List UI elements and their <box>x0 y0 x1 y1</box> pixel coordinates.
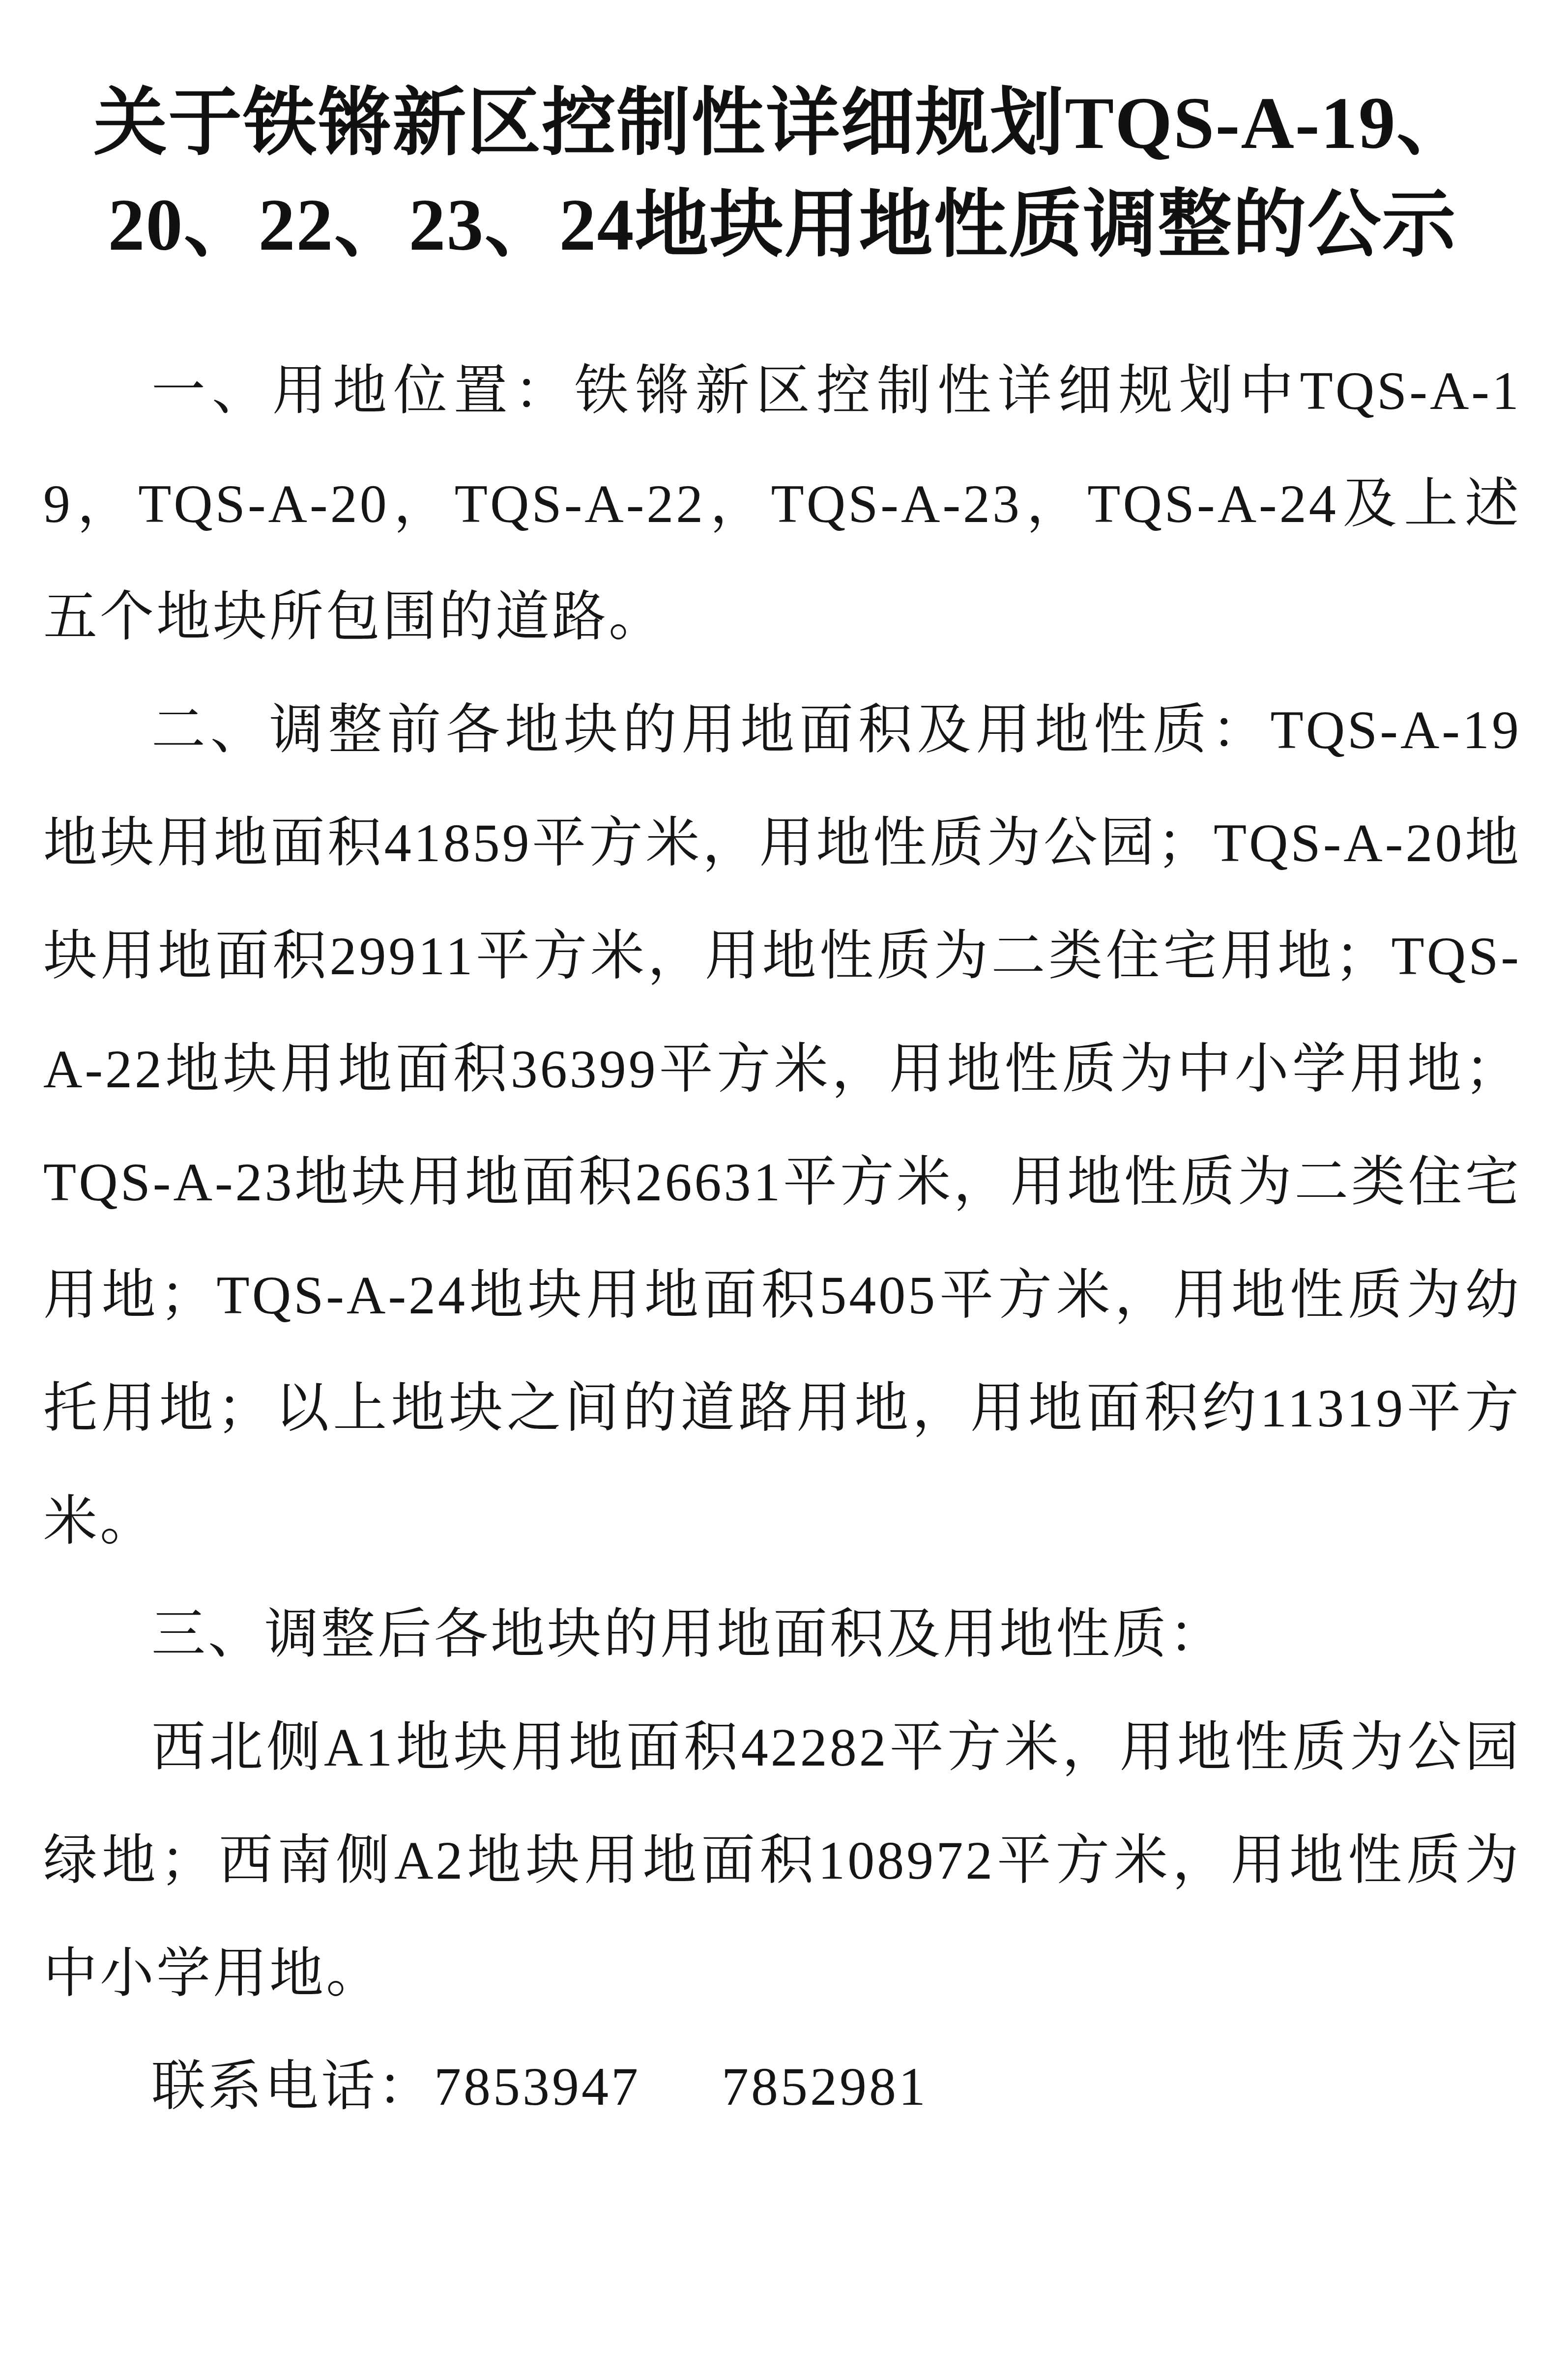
notice-page: 关于铁锵新区控制性详细规划TQS-A-19、 20、22、23、24地块用地性质… <box>0 0 1568 2380</box>
contact-phone-2: 7852981 <box>722 2057 928 2117</box>
contact-line: 联系电话：78539477852981 <box>43 2030 1521 2143</box>
paragraph-land-location: 一、用地位置：铁锵新区控制性详细规划中TQS-A-19，TQS-A-20，TQS… <box>43 334 1521 673</box>
title-line-2: 20、22、23、24地块用地性质调整的公示 <box>43 174 1521 276</box>
contact-phone-1: 7853947 <box>434 2057 640 2117</box>
contact-label: 联系电话： <box>151 2057 434 2117</box>
title-line-1: 关于铁锵新区控制性详细规划TQS-A-19、 <box>43 73 1521 174</box>
paragraph-before-adjustment: 二、调整前各地块的用地面积及用地性质：TQS-A-19地块用地面积41859平方… <box>43 673 1521 1578</box>
paragraph-after-adjustment-heading: 三、调整后各地块的用地面积及用地性质： <box>43 1578 1521 1691</box>
notice-title: 关于铁锵新区控制性详细规划TQS-A-19、 20、22、23、24地块用地性质… <box>43 73 1521 276</box>
paragraph-after-adjustment-details: 西北侧A1地块用地面积42282平方米，用地性质为公园绿地；西南侧A2地块用地面… <box>43 1691 1521 2030</box>
